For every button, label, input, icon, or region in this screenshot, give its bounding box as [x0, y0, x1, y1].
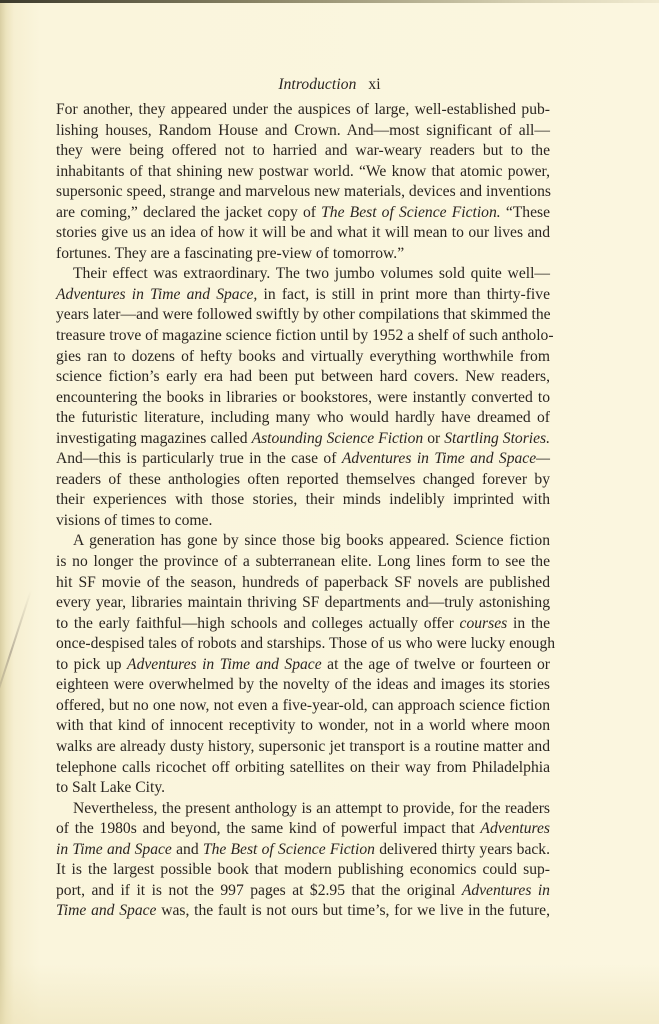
- text-line: fortunes. They are a fascinating pre-vie…: [56, 244, 550, 265]
- text-run: and: [172, 841, 203, 858]
- running-head: Introduction xi: [0, 76, 659, 94]
- italic-title: The Best of Science Fiction: [203, 841, 375, 858]
- text-run: offered, but no one now, not even a five…: [56, 697, 550, 714]
- text-run: once-despised tales of robots and starsh…: [56, 635, 555, 652]
- text-line: every year, libraries maintain thriving …: [56, 593, 550, 614]
- text-line: are coming,” declared the jacket copy of…: [56, 203, 550, 224]
- text-line: science fiction’s early era had been put…: [56, 367, 550, 388]
- text-line: A generation has gone by since those big…: [56, 531, 550, 552]
- text-line: visions of times to come.: [56, 511, 550, 532]
- text-run: delivered thirty years back.: [375, 841, 550, 858]
- text-run: in fact, is still in print more than thi…: [257, 286, 550, 303]
- pencil-mark: [0, 590, 32, 714]
- text-run: years later—and were followed swiftly by…: [56, 306, 551, 323]
- text-run: lishing houses, Random House and Crown. …: [56, 122, 550, 139]
- text-line: Nevertheless, the present anthology is a…: [56, 799, 550, 820]
- text-line: Time and Space was, the fault is not our…: [56, 901, 550, 922]
- text-run: “These: [501, 204, 550, 221]
- text-run: or: [423, 430, 444, 447]
- text-line: Adventures in Time and Space, in fact, i…: [56, 285, 550, 306]
- italic-title: Adventures in Time and Space: [127, 656, 322, 673]
- text-run: in the: [507, 615, 550, 632]
- text-line: encountering the books in libraries or b…: [56, 388, 550, 409]
- italic-title: in Time and Space: [56, 841, 172, 858]
- italic-title: Time and Space: [56, 902, 156, 919]
- text-line: their experiences with those stories, th…: [56, 490, 550, 511]
- text-run: their experiences with those stories, th…: [56, 491, 550, 508]
- paragraph: Their effect was extraordinary. The two …: [56, 264, 550, 531]
- text-line: For another, they appeared under the aus…: [56, 100, 550, 121]
- text-run: is no longer the province of a subterran…: [56, 553, 550, 570]
- text-run: at the age of twelve or fourteen or: [322, 656, 550, 673]
- text-line: once-despised tales of robots and starsh…: [56, 634, 550, 655]
- text-line: stories give us an idea of how it will b…: [56, 223, 550, 244]
- text-run: with that kind of innocent receptivity t…: [56, 717, 550, 734]
- italic-title: Adventures in: [462, 882, 550, 899]
- body-text: For another, they appeared under the aus…: [56, 100, 550, 922]
- text-line: offered, but no one now, not even a five…: [56, 696, 550, 717]
- page-number: xi: [368, 76, 380, 93]
- text-line: gies ran to dozens of hefty books and vi…: [56, 347, 550, 368]
- text-run: gies ran to dozens of hefty books and vi…: [56, 348, 550, 365]
- page-top-edge: [0, 0, 659, 3]
- paragraph: A generation has gone by since those big…: [56, 531, 550, 798]
- text-run: And—this is particularly true in the cas…: [56, 450, 342, 467]
- text-line: in Time and Space and The Best of Scienc…: [56, 840, 550, 861]
- italic-title: Adventures: [480, 820, 550, 837]
- paragraph: Nevertheless, the present anthology is a…: [56, 799, 550, 922]
- text-run: to pick up: [56, 656, 127, 673]
- text-line: to pick up Adventures in Time and Space …: [56, 655, 550, 676]
- text-run: Their effect was extraordinary. The two …: [73, 265, 550, 282]
- text-line: inhabitants of that shining new postwar …: [56, 162, 550, 183]
- text-run: encountering the books in libraries or b…: [56, 389, 550, 406]
- text-run: they were being offered not to harried a…: [56, 142, 550, 159]
- italic-title: Adventures in Time and Space,: [56, 286, 257, 303]
- text-run: science fiction’s early era had been put…: [56, 368, 550, 385]
- text-run: of the 1980s and beyond, the same kind o…: [56, 820, 480, 837]
- text-run: the futuristic literature, including man…: [56, 409, 550, 426]
- text-line: years later—and were followed swiftly by…: [56, 305, 550, 326]
- text-run: every year, libraries maintain thriving …: [56, 594, 550, 611]
- text-run: telephone calls ricochet off orbiting sa…: [56, 759, 550, 776]
- text-run: eighteen were overwhelmed by the novelty…: [56, 676, 550, 693]
- text-run: inhabitants of that shining new postwar …: [56, 163, 550, 180]
- text-run: A generation has gone by since those big…: [73, 532, 550, 549]
- text-run: Nevertheless, the present anthology is a…: [73, 800, 550, 817]
- text-line: to the early faithful—high schools and c…: [56, 614, 550, 635]
- italic-title: Astounding Science Fiction: [252, 430, 424, 447]
- text-line: And—this is particularly true in the cas…: [56, 449, 550, 470]
- text-line: eighteen were overwhelmed by the novelty…: [56, 675, 550, 696]
- text-run: readers of these anthologies often repor…: [56, 471, 550, 488]
- text-run: It is the largest possible book that mod…: [56, 861, 550, 878]
- text-run: supersonic speed, strange and marvelous …: [56, 183, 551, 200]
- text-run: stories give us an idea of how it will b…: [56, 224, 550, 241]
- text-line: It is the largest possible book that mod…: [56, 860, 550, 881]
- text-run: fortunes. They are a fascinating pre-vie…: [56, 245, 404, 262]
- page-bottom-shade: [0, 964, 659, 1024]
- text-line: to Salt Lake City.: [56, 778, 550, 799]
- running-head-title: Introduction: [278, 76, 356, 93]
- text-line: lishing houses, Random House and Crown. …: [56, 121, 550, 142]
- text-line: investigating magazines called Astoundin…: [56, 429, 550, 450]
- text-line: Their effect was extraordinary. The two …: [56, 264, 550, 285]
- text-line: hit SF movie of the season, hundreds of …: [56, 573, 550, 594]
- text-line: walks are already dusty history, superso…: [56, 737, 550, 758]
- text-line: telephone calls ricochet off orbiting sa…: [56, 758, 550, 779]
- text-line: treasure trove of magazine science ficti…: [56, 326, 550, 347]
- text-line: the futuristic literature, including man…: [56, 408, 550, 429]
- text-line: supersonic speed, strange and marvelous …: [56, 182, 550, 203]
- text-run: For another, they appeared under the aus…: [56, 101, 550, 118]
- text-line: is no longer the province of a subterran…: [56, 552, 550, 573]
- text-line: port, and if it is not the 997 pages at …: [56, 881, 550, 902]
- paragraph: For another, they appeared under the aus…: [56, 100, 550, 264]
- text-run: walks are already dusty history, superso…: [56, 738, 550, 755]
- text-line: of the 1980s and beyond, the same kind o…: [56, 819, 550, 840]
- text-run: are coming,” declared the jacket copy of: [56, 204, 321, 221]
- text-run: to Salt Lake City.: [56, 779, 165, 796]
- text-line: with that kind of innocent receptivity t…: [56, 716, 550, 737]
- italic-title: courses: [460, 615, 508, 632]
- italic-title: Startling Stories.: [444, 430, 550, 447]
- text-run: hit SF movie of the season, hundreds of …: [56, 574, 550, 591]
- text-line: readers of these anthologies often repor…: [56, 470, 550, 491]
- book-page: Introduction xi For another, they appear…: [0, 0, 659, 1024]
- text-run: investigating magazines called: [56, 430, 252, 447]
- italic-title: Adventures in Time and Space—: [342, 450, 550, 467]
- text-run: treasure trove of magazine science ficti…: [56, 327, 554, 344]
- text-run: visions of times to come.: [56, 512, 212, 529]
- text-line: they were being offered not to harried a…: [56, 141, 550, 162]
- italic-title: The Best of Science Fiction.: [321, 204, 501, 221]
- text-run: port, and if it is not the 997 pages at …: [56, 882, 462, 899]
- text-run: was, the fault is not ours but time’s, f…: [156, 902, 550, 919]
- text-run: to the early faithful—high schools and c…: [56, 615, 460, 632]
